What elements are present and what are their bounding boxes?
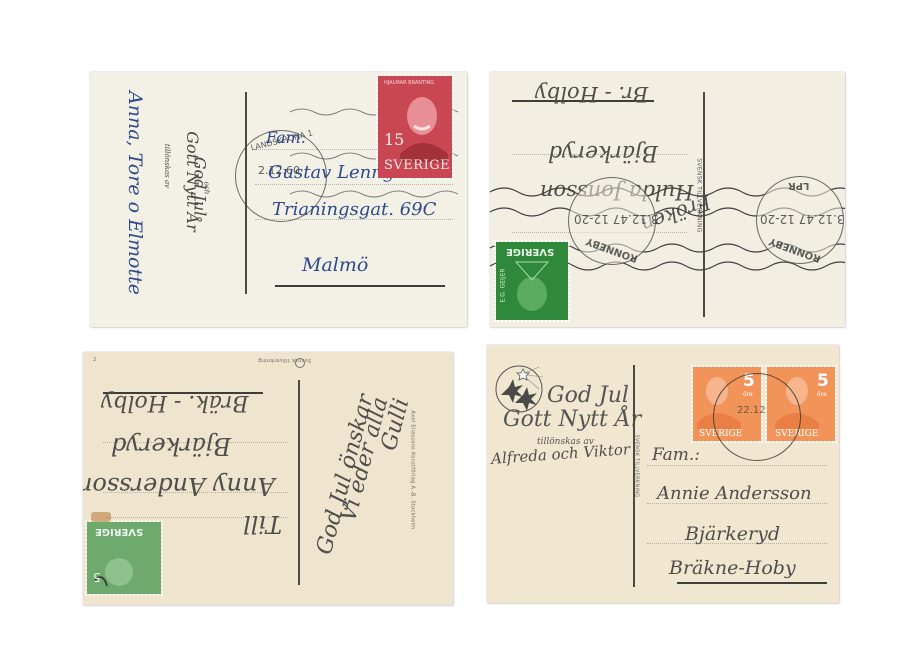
stamp-caption: E.G. GEIJER [500, 268, 507, 302]
publisher-imprint: Axel Eliassons Konstförlag A.-B. Stockho… [409, 411, 415, 530]
stamp-country: SVERIGE [506, 246, 554, 257]
rust-spot [91, 512, 111, 522]
postmark-date: 22.12 [737, 405, 766, 416]
address-line-4: Bräk. - Holby [101, 390, 249, 415]
address-line-1: Till [243, 510, 282, 538]
address-line-3: Trianingsgat. 69C [272, 199, 436, 220]
stamp-value: 15 [384, 130, 404, 149]
greeting-god-jul: God Jul [547, 383, 629, 408]
address-line-4: Bräkne-Hoby [669, 557, 796, 579]
stamp-5-ore-geijer: SVERIGE E.G. GEIJER [496, 242, 568, 320]
stamp-5-ore-green: SVERIGE 5 [87, 522, 161, 594]
stamp-value: 5 [93, 570, 101, 584]
publisher-logo-icon [295, 358, 305, 368]
stamp-15-sverige: HJALMAR BRANTING 15 SVERIGE [378, 76, 452, 178]
stamp-value: 5 [817, 371, 829, 391]
postcard-bjarkeryd: God Jul Gott Nytt År tillönskas av Alfre… [487, 345, 839, 603]
postcard-ronneby: SVENSK TILLVERKNING Br. - Holby Bjärkery… [490, 72, 845, 327]
address-line [677, 582, 827, 584]
address-line-3: Bjärkeryd [685, 523, 780, 545]
address-line-4: Malmö [302, 254, 368, 276]
address-line [647, 465, 827, 466]
address-line-1: Fam. [266, 128, 306, 147]
address-line-1: Fam.: [652, 445, 700, 465]
postmark-date: 3.12.47 12-20 [760, 212, 845, 226]
postmark-date: 3.12.47 12-20 [574, 212, 659, 226]
divider-line [298, 380, 300, 585]
stamp-country: SVERIGE [384, 158, 450, 173]
greeting-gott-nytt-ar: Gott Nytt År [503, 407, 641, 432]
postcard-gulli: 2 Svensk tillverkning Axel Eliassons Kon… [83, 352, 453, 605]
address-line-3: Bjärkeryd [111, 432, 231, 460]
postmark-circle [713, 373, 801, 461]
postmark-suffix: LPR [788, 180, 809, 191]
handwritten-sender: Alfreda och Viktor [491, 440, 631, 468]
stamp-unit: öre [817, 391, 827, 398]
side-print: SVENSK TILLVERKNING [633, 435, 639, 498]
corner-mark: 2 [93, 357, 96, 363]
postcard-landskrona: Anna, Tore o Elmotte God Jul och Gott Ny… [90, 72, 467, 327]
address-line-2: Annie Andersson [657, 483, 812, 504]
address-line-2: Anny Andersson [83, 472, 275, 500]
